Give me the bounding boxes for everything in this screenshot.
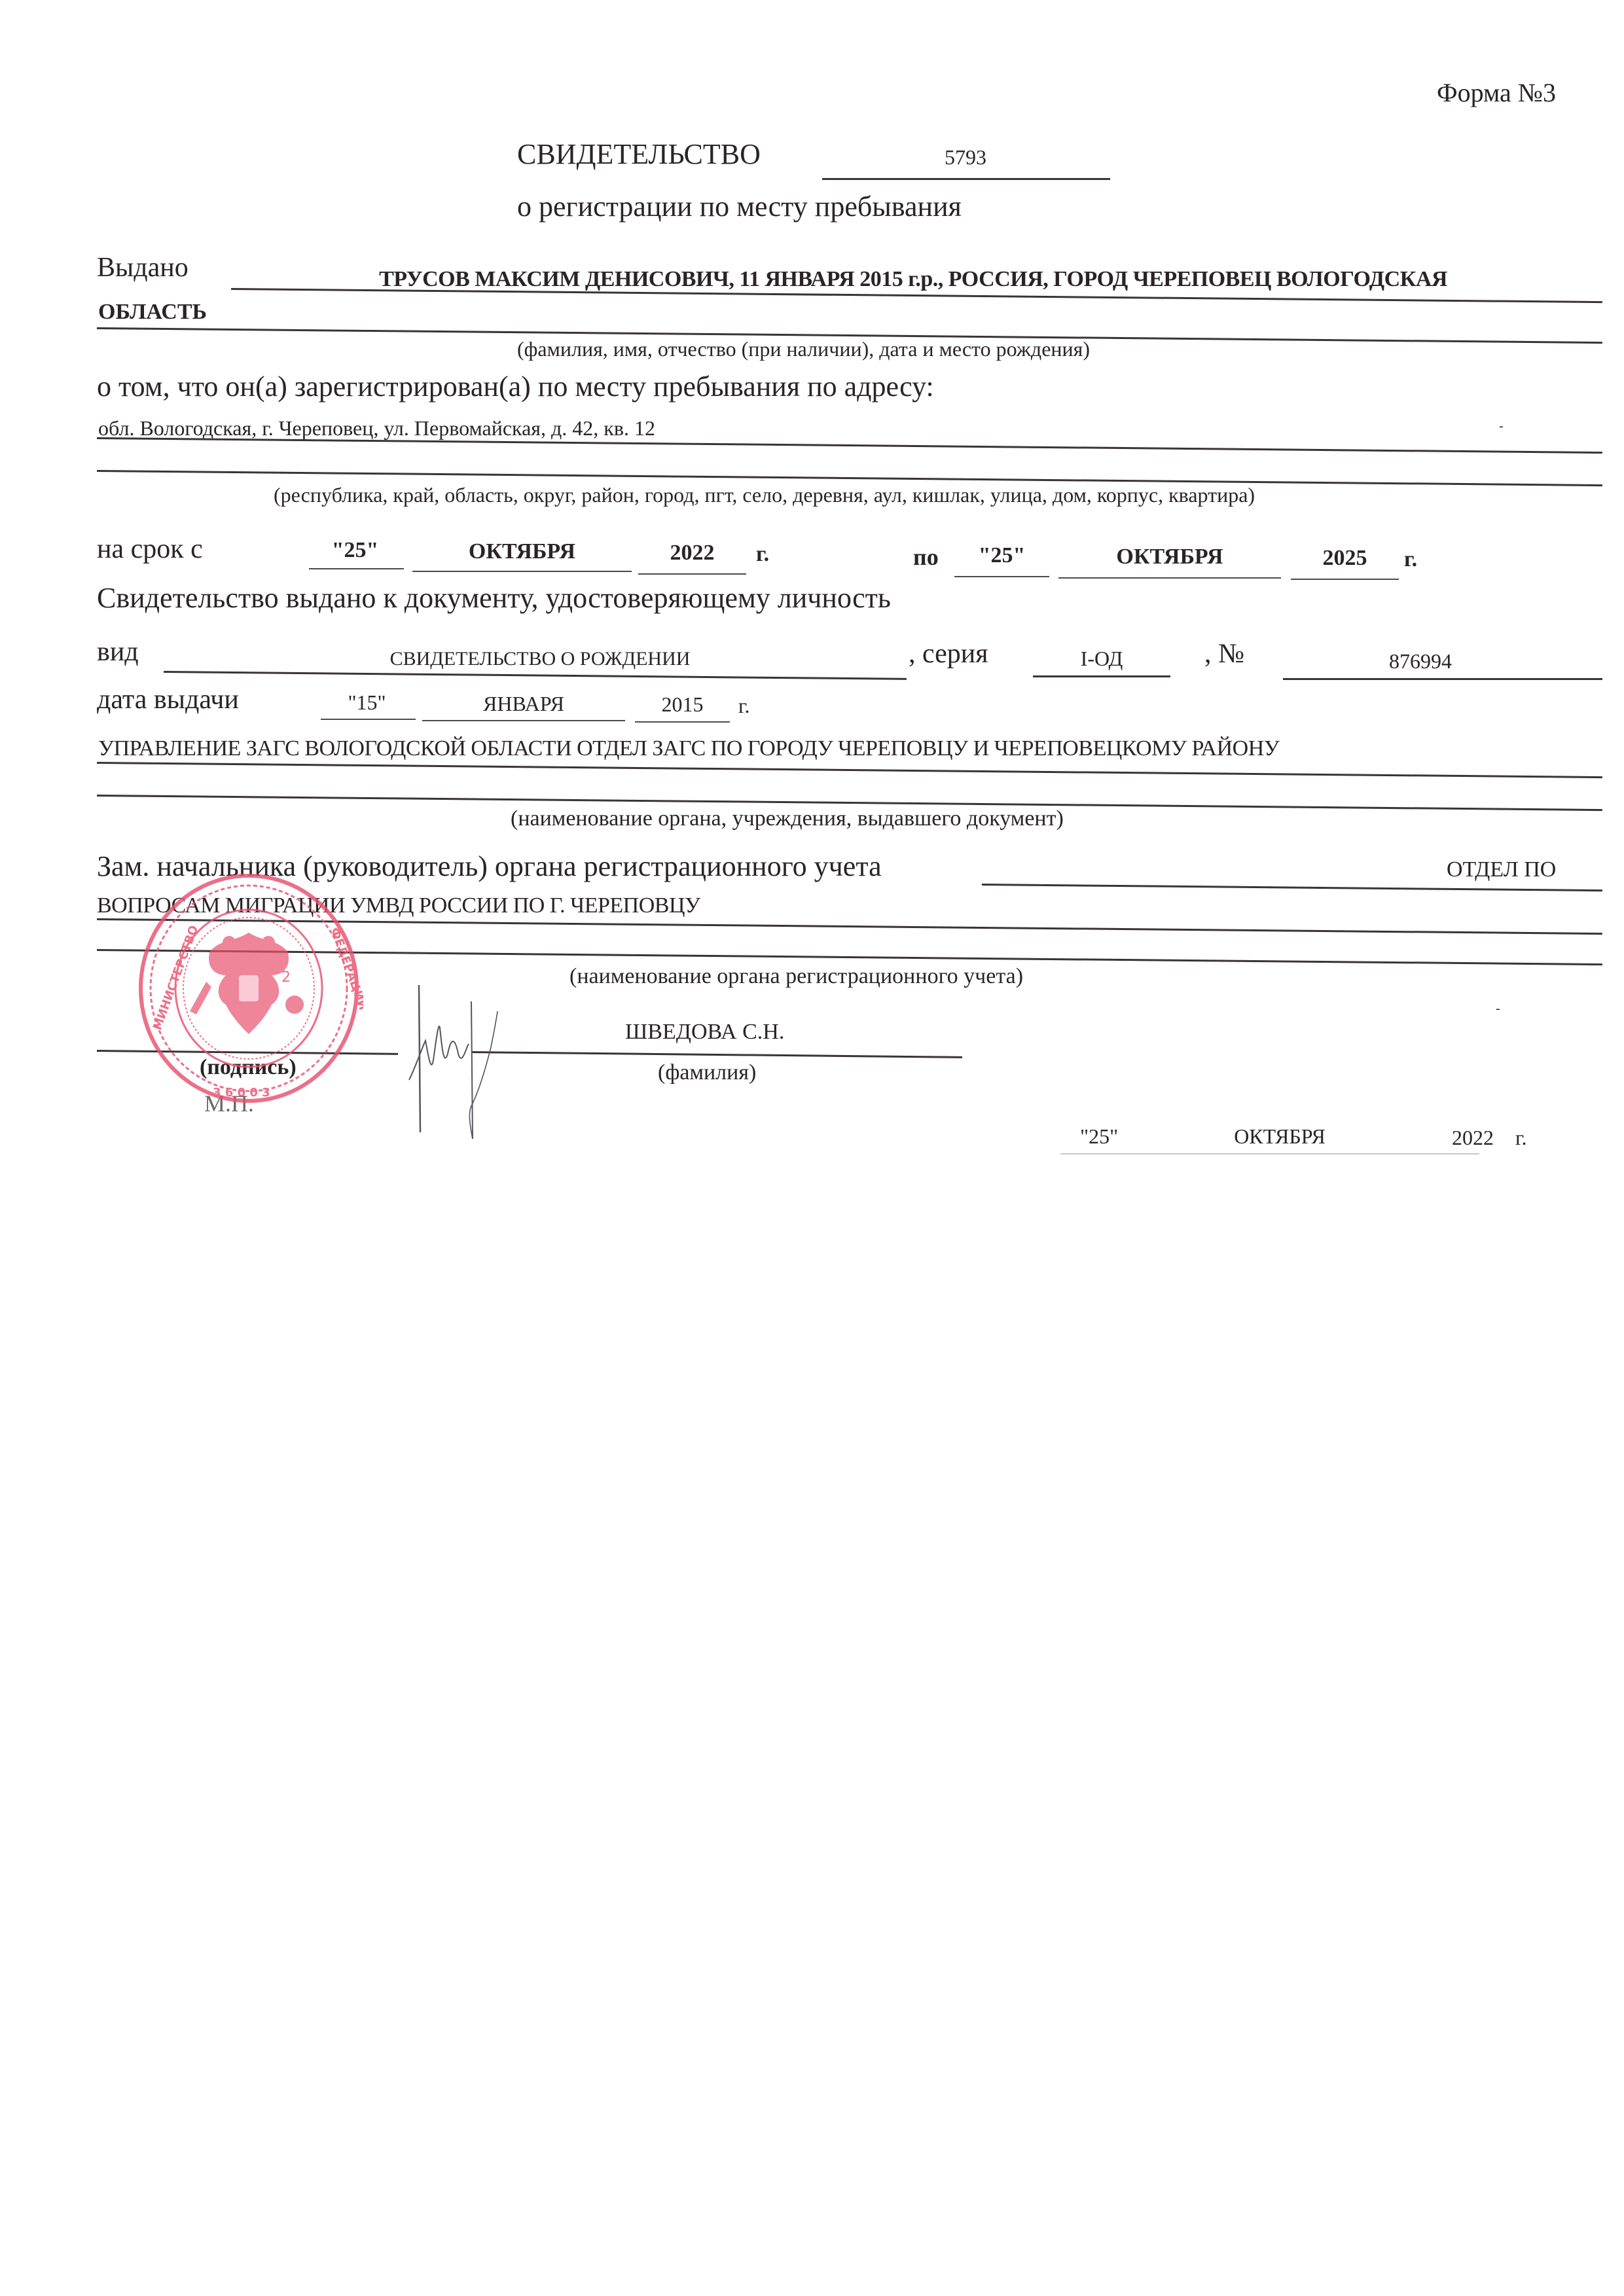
issue-day-field[interactable]: "15" (319, 691, 414, 715)
issue-month-field[interactable]: ЯНВАРЯ (422, 692, 625, 716)
period-from-year-suffix: г. (756, 542, 769, 567)
issue-year-suffix: г. (738, 694, 750, 718)
footer-date-year[interactable]: 2022 (1452, 1126, 1494, 1150)
issued-to-name-field[interactable]: ТРУСОВ МАКСИМ ДЕНИСОВИЧ, 11 ЯНВАРЯ 2015 … (232, 267, 1594, 292)
document-issuer-field[interactable]: УПРАВЛЕНИЕ ЗАГС ВОЛОГОДСКОЙ ОБЛАСТИ ОТДЕ… (98, 736, 1279, 761)
certificate-number-field[interactable]: 5793 (821, 145, 1110, 170)
document-series-label: , серия (909, 638, 988, 670)
handwritten-signature-icon (406, 975, 530, 1145)
identity-document-intro: Свидетельство выдано к документу, удосто… (97, 581, 891, 615)
registration-authority-caption: (наименование органа регистрационного уч… (569, 964, 1023, 989)
footer-date-month[interactable]: ОКТЯБРЯ (1172, 1124, 1388, 1149)
document-number-underline (1283, 678, 1602, 680)
period-to-day-field[interactable]: "25" (954, 543, 1049, 568)
scan-mark: - (1499, 419, 1504, 434)
official-surname-underline (471, 1051, 962, 1058)
issue-year-underline (635, 721, 730, 723)
issue-year-field[interactable]: 2015 (635, 692, 730, 717)
period-to-label: по (913, 543, 939, 571)
svg-text:МИНИСТЕРСТВО: МИНИСТЕРСТВО (151, 924, 201, 1032)
period-to-year-suffix: г. (1404, 547, 1417, 572)
period-from-day-underline (309, 568, 404, 569)
document-number-field[interactable]: 876994 (1283, 649, 1558, 673)
issued-to-caption: (фамилия, имя, отчество (при наличии), д… (517, 337, 1090, 361)
address-field[interactable]: обл. Вологодская, г. Череповец, ул. Перв… (98, 416, 655, 440)
period-to-year-underline (1291, 579, 1399, 580)
period-to-month-underline (1058, 577, 1281, 579)
document-series-field[interactable]: I-ОД (1033, 647, 1170, 671)
document-title: СВИДЕТЕЛЬСТВО (517, 137, 761, 171)
issue-date-label: дата выдачи (97, 684, 239, 715)
issued-to-label: Выдано (97, 252, 189, 283)
period-from-year-field[interactable]: 2022 (638, 541, 746, 565)
period-to-month-field[interactable]: ОКТЯБРЯ (1058, 545, 1281, 569)
registration-authority-underline-1 (982, 884, 1602, 891)
official-surname-caption: (фамилия) (658, 1060, 756, 1085)
stamp-number: 2 (281, 969, 291, 986)
document-series-underline (1033, 675, 1170, 677)
official-surname-field[interactable]: ШВЕДОВА С.Н. (625, 1020, 784, 1045)
document-type-underline (164, 671, 907, 680)
issued-to-name-field-line2[interactable]: ОБЛАСТЬ (98, 300, 207, 325)
document-subtitle: о регистрации по месту пребывания (517, 190, 962, 223)
period-from-day-field[interactable]: "25" (308, 538, 403, 563)
issue-day-underline (321, 719, 416, 720)
document-number-label: , № (1204, 638, 1244, 670)
period-to-year-field[interactable]: 2025 (1291, 546, 1399, 571)
form-number-label: Форма №3 (1437, 77, 1556, 108)
footer-date-day[interactable]: "25" (1080, 1124, 1118, 1149)
registration-authority-field[interactable]: ОТДЕЛ ПО (1447, 857, 1556, 882)
period-from-month-underline (412, 571, 632, 572)
period-to-day-underline (954, 576, 1049, 577)
address-caption: (республика, край, область, округ, район… (274, 483, 1255, 507)
scan-mark-2: - (1496, 1001, 1500, 1016)
document-type-field[interactable]: СВИДЕТЕЛЬСТВО О РОЖДЕНИИ (164, 648, 916, 670)
period-from-month-field[interactable]: ОКТЯБРЯ (412, 539, 632, 564)
official-stamp-icon: 2 МИНИСТЕРСТВО ФЕДЕРАЦИИ 3 6 0 0 3 (134, 870, 363, 1106)
period-from-year-underline (638, 573, 746, 575)
footer-date-underline (1060, 1153, 1479, 1155)
document-type-label: вид (97, 636, 139, 668)
svg-text:ФЕДЕРАЦИИ: ФЕДЕРАЦИИ (327, 926, 363, 1013)
certificate-number-underline (822, 178, 1110, 180)
address-underline-1 (97, 437, 1602, 454)
document-issuer-caption: (наименование органа, учреждения, выдавш… (511, 806, 1064, 831)
footer-date-suffix: г. (1515, 1126, 1527, 1150)
document-issuer-underline-1 (97, 762, 1602, 778)
address-intro-label: о том, что он(а) зарегистрирован(а) по м… (97, 370, 934, 403)
period-from-label: на срок с (97, 533, 203, 565)
issue-month-underline (422, 720, 625, 721)
svg-text:3 6 0 0 3: 3 6 0 0 3 (213, 1086, 270, 1100)
